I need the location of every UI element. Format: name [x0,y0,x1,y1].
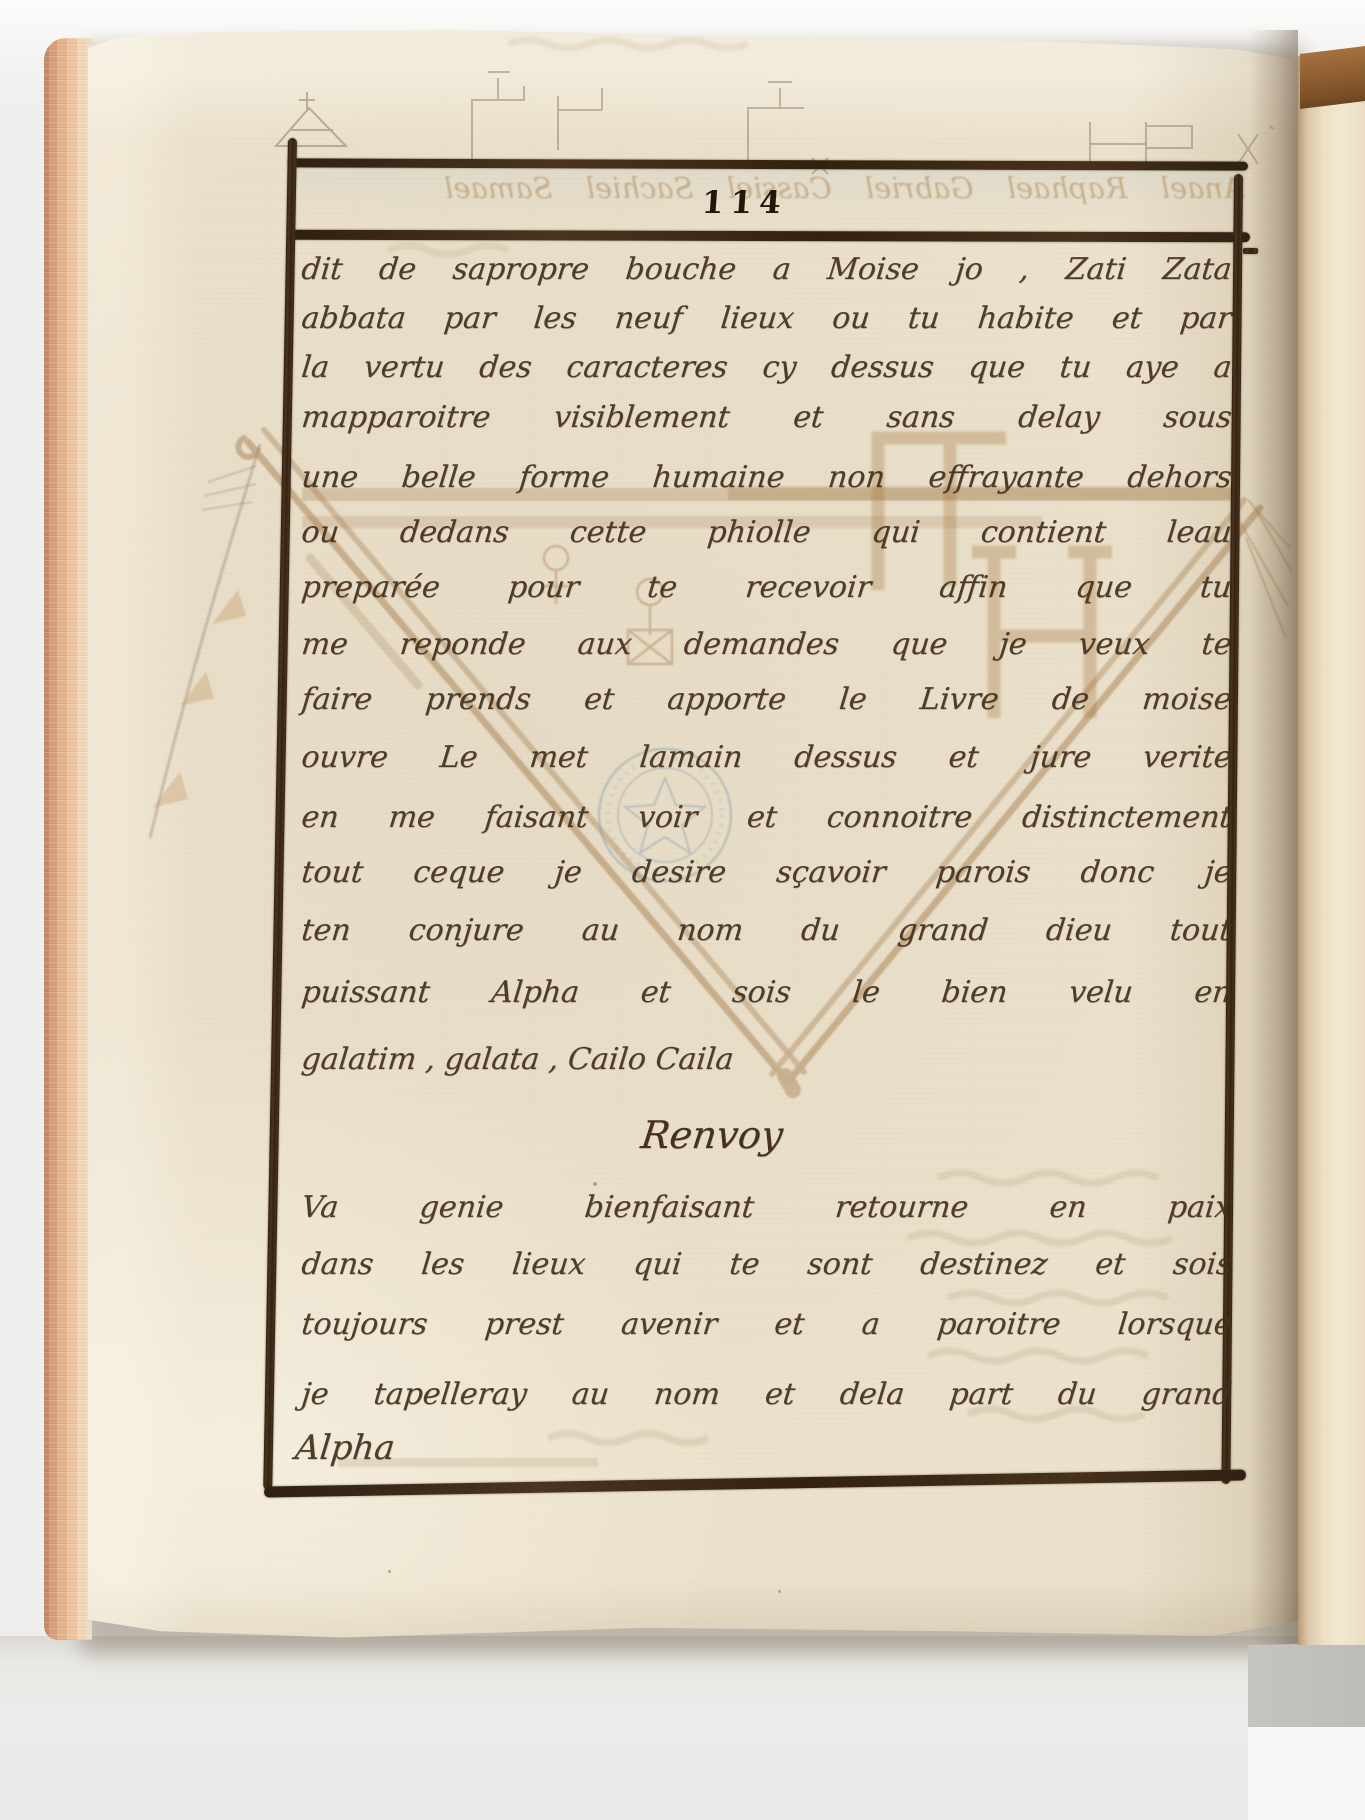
frame-top-inner-line [288,230,1250,243]
manuscript-line: ten conjure au nom du grand dieu tout [298,913,1233,965]
manuscript-line: tout ceque je desire sçavoir parois donc… [298,855,1233,907]
manuscript-line: preparée pour te recevoir affin que tu [298,570,1233,622]
manuscript-line: Va genie bienfaisant retourne en paix [298,1190,1233,1242]
ink-speck [388,1570,391,1573]
spine-leather [1300,46,1365,109]
manuscript-line: mapparoitre visiblement et sans delay so… [298,400,1233,452]
manuscript-line: dans les lieux qui te sont destinez et s… [298,1247,1233,1299]
backdrop-below-book [0,1636,1365,1820]
photo-backdrop: Anael Raphael Gabriel Cassiel Sachiel Sa… [0,0,1365,1820]
ink-speck [778,1590,781,1593]
manuscript-line: la vertu des caracteres cy dessus que tu… [298,350,1233,402]
manuscript-line: puissant Alpha et sois le bien velu en [298,975,1233,1027]
pencil-sketch-triangle-icon [276,92,346,146]
backdrop-shadow-patch [1248,1645,1365,1727]
manuscript-line: toujours prest avenir et a paroitre lors… [298,1307,1233,1359]
ink-speck [593,1182,597,1186]
renvoy-heading: Renvoy [409,1113,1014,1157]
manuscript-line: abbata par les neuf lieux ou tu habite e… [298,301,1233,353]
book-fore-edge-pages [44,38,92,1640]
page-number: 114 [701,185,824,221]
manuscript-line: galatim , galata , Cailo Caila [298,1042,1233,1094]
backdrop-white-corner [1248,1727,1365,1820]
manuscript-line: faire prends et apporte le Livre de mois… [298,682,1233,734]
manuscript-line: dit de sapropre bouche a Moise jo , Zati… [298,252,1233,304]
manuscript-page: Anael Raphael Gabriel Cassiel Sachiel Sa… [88,30,1298,1644]
frame-left-line [263,138,297,1490]
bleed-through-fan-strokes [1240,500,1292,638]
manuscript-line: Alpha [292,1428,1227,1480]
frame-right-tick-mark [1243,248,1258,254]
manuscript-line: je tapelleray au nom et dela part du gra… [298,1377,1233,1429]
manuscript-line: en me faisant voir et connoitre distinct… [298,800,1233,852]
frame-top-outer-line [288,158,1248,170]
bleed-through-margin-arrows [150,444,260,838]
manuscript-line: ouvre Le met lamain dessus et jure verit… [298,740,1233,792]
facing-page-sliver [1298,56,1365,1730]
manuscript-line: une belle forme humaine non effrayante d… [298,460,1233,512]
manuscript-line: me reponde aux demandes que je veux te [298,627,1233,679]
bleed-through-header-text: Anael Raphael Gabriel Cassiel Sachiel Sa… [94,171,1244,223]
manuscript-line: ou dedans cette phiolle qui contient lea… [298,515,1233,567]
